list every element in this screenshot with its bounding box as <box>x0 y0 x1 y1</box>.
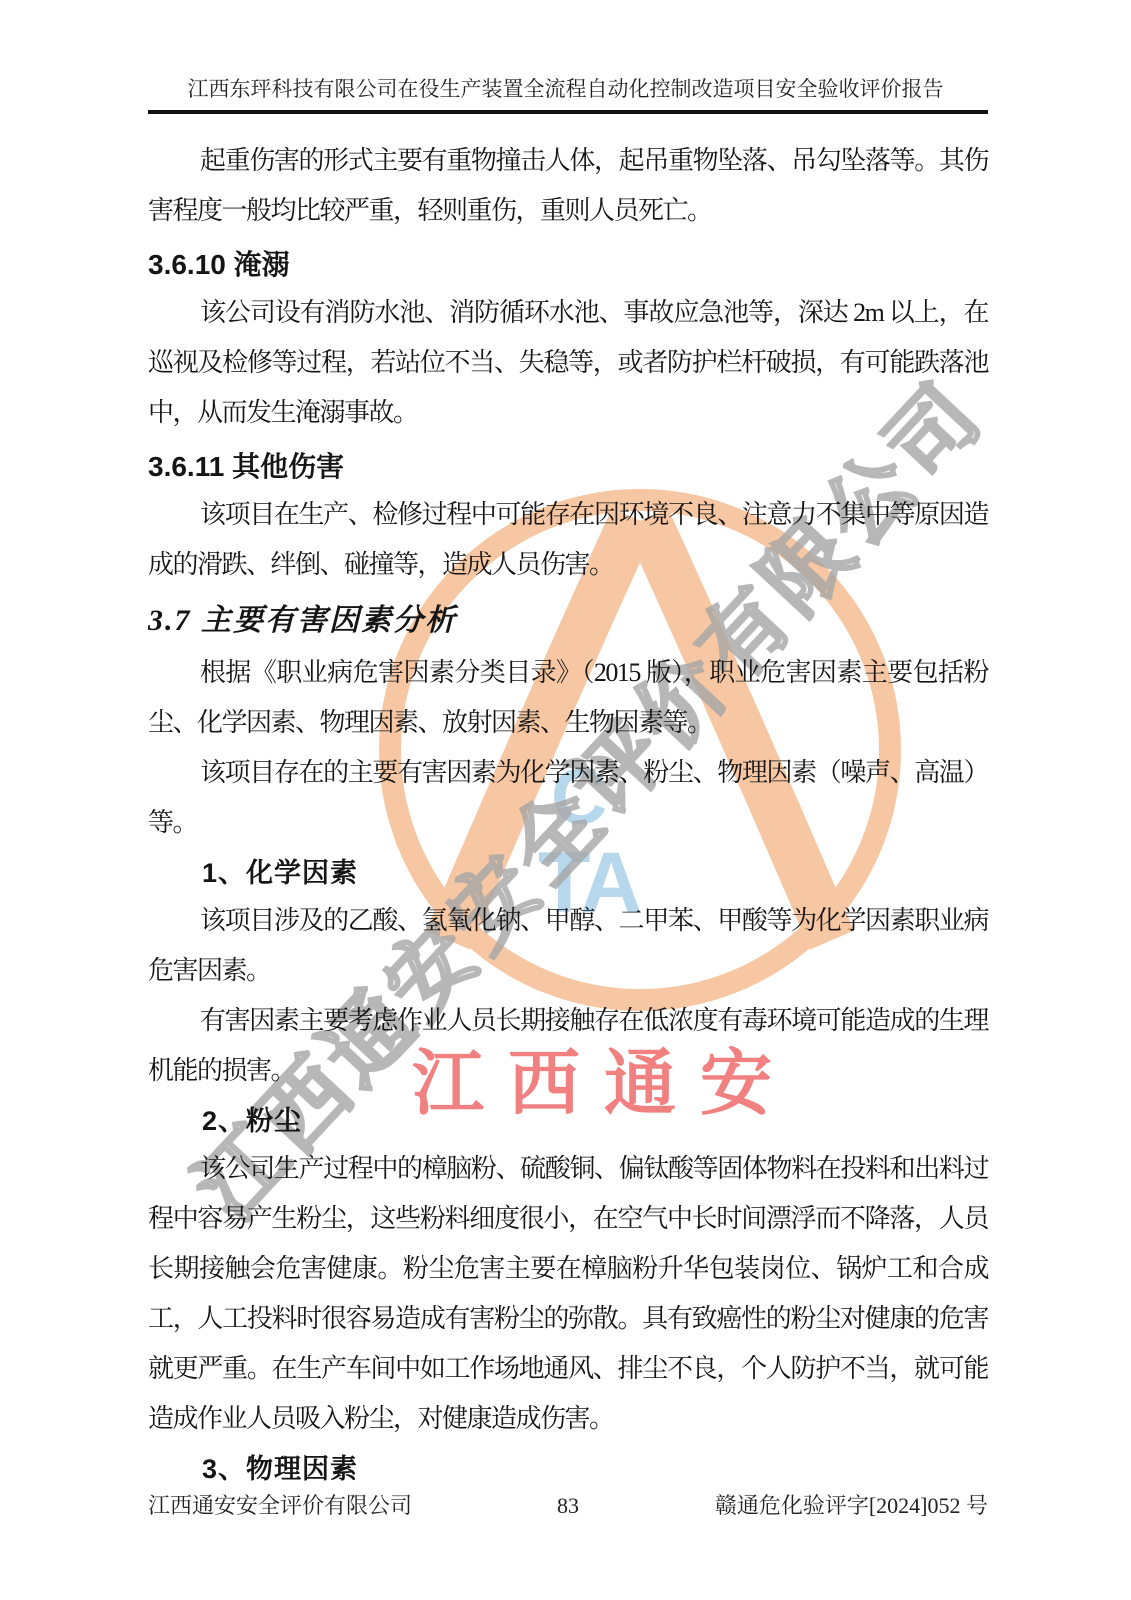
footer: 江西通安安全评价有限公司 83 赣通危化验评字[2024]052 号 <box>148 1492 988 1520</box>
paragraph-hazard-catalog: 根据《职业病危害因素分类目录》（2015 版），职业危害因素主要包括粉尘、化学因… <box>148 648 988 748</box>
section-heading-3-6-10: 3.6.10 淹溺 <box>148 244 988 286</box>
section-heading-3-7: 3.7 主要有害因素分析 <box>148 598 988 644</box>
subheading-chemical-factor: 1、化学因素 <box>148 852 988 894</box>
header: 江西东玶科技有限公司在役生产装置全流程自动化控制改造项目安全验收评价报告 <box>0 0 1131 114</box>
paragraph-crane-injury: 起重伤害的形式主要有重物撞击人体，起吊重物坠落、吊勾坠落等。其伤害程度一般均比较… <box>148 136 988 236</box>
paragraph-chemical-effect: 有害因素主要考虑作业人员长期接触存在低浓度有毒环境可能造成的生理机能的损害。 <box>148 996 988 1096</box>
section-heading-3-6-11: 3.6.11 其他伤害 <box>148 446 988 488</box>
header-rule <box>148 110 988 114</box>
document-page: C TA 江西通安安全评价有限公司 江西通安 江西东玶科技有限公司在役生产装置全… <box>0 0 1131 1600</box>
subheading-physical-factor: 3、物理因素 <box>148 1448 988 1490</box>
subheading-dust: 2、粉尘 <box>148 1100 988 1142</box>
header-title: 江西东玶科技有限公司在役生产装置全流程自动化控制改造项目安全验收评价报告 <box>0 74 1131 104</box>
paragraph-chemical-list: 该项目涉及的乙酸、氢氧化钠、甲醇、二甲苯、甲酸等为化学因素职业病危害因素。 <box>148 896 988 996</box>
paragraph-other-injury: 该项目在生产、检修过程中可能存在因环境不良、注意力不集中等原因造成的滑跌、绊倒、… <box>148 490 988 590</box>
paragraph-main-hazards: 该项目存在的主要有害因素为化学因素、粉尘、物理因素（噪声、高温）等。 <box>148 748 988 848</box>
footer-company: 江西通安安全评价有限公司 <box>148 1492 412 1520</box>
footer-page-number: 83 <box>557 1492 579 1520</box>
footer-doc-number: 赣通危化验评字[2024]052 号 <box>715 1492 988 1520</box>
paragraph-drowning: 该公司设有消防水池、消防循环水池、事故应急池等，深达 2m 以上，在巡视及检修等… <box>148 288 988 438</box>
paragraph-dust-detail: 该公司生产过程中的樟脑粉、硫酸铜、偏钛酸等固体物料在投料和出料过程中容易产生粉尘… <box>148 1144 988 1444</box>
document-body: 起重伤害的形式主要有重物撞击人体，起吊重物坠落、吊勾坠落等。其伤害程度一般均比较… <box>148 136 988 1490</box>
